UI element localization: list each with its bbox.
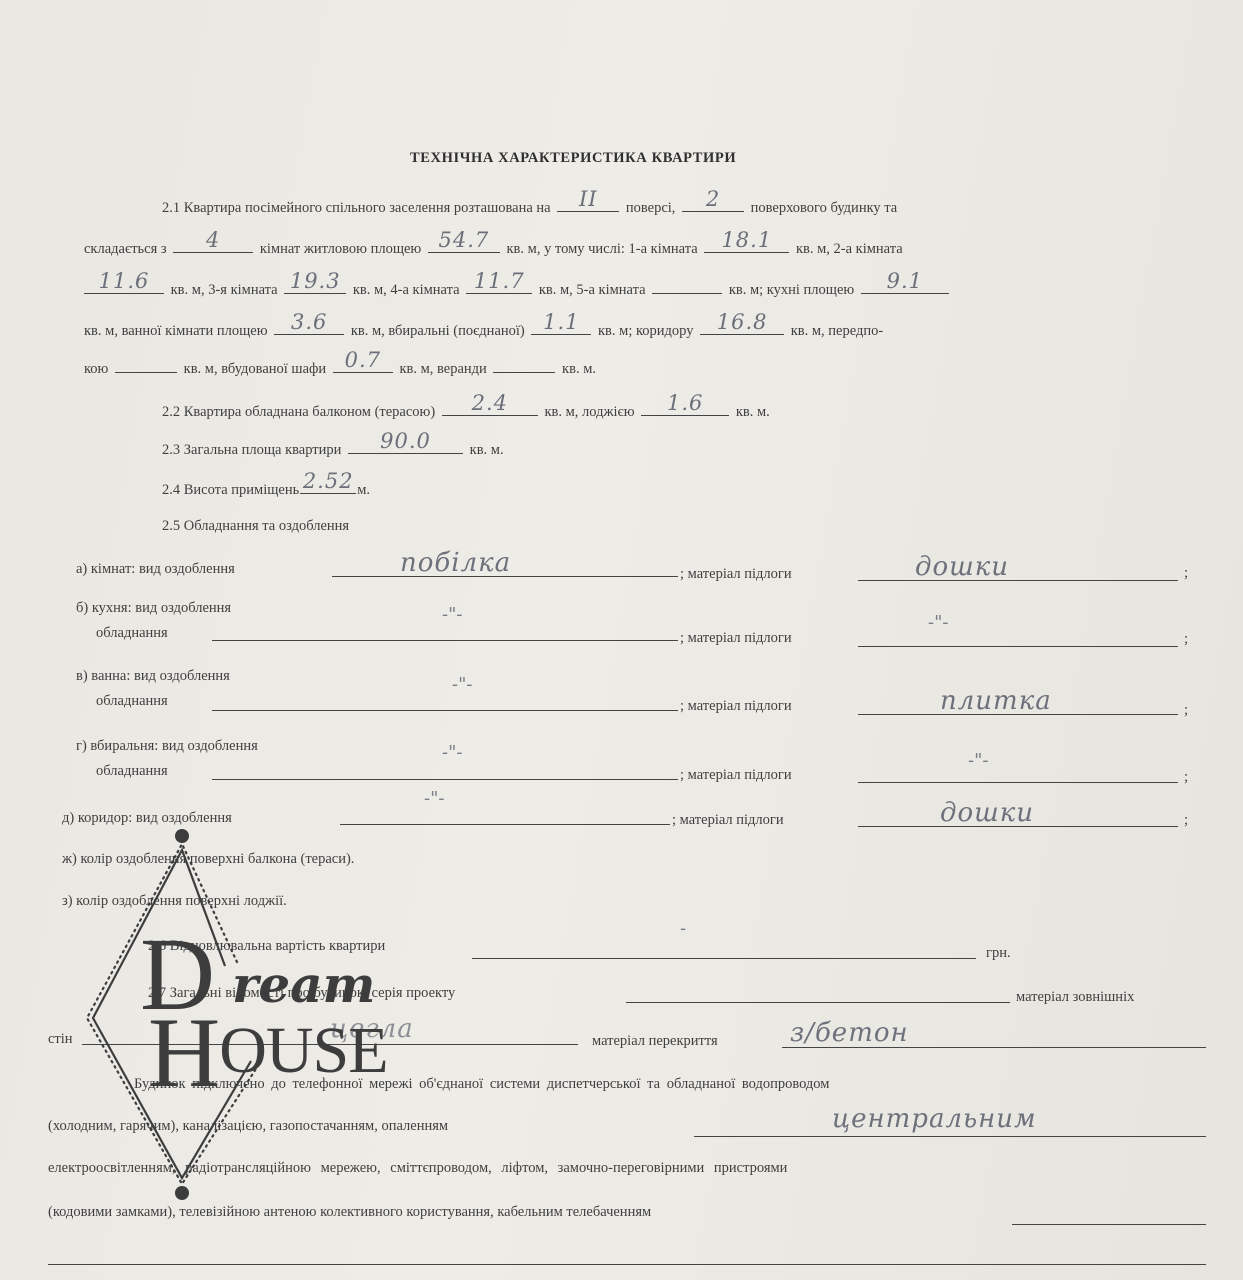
finish-corridor-value: -"- (424, 788, 444, 809)
finish-row-corridor-label: д) коридор: вид оздоблення (62, 809, 232, 827)
finish-bath-value: -"- (452, 674, 472, 695)
currency-unit: грн. (986, 944, 1011, 962)
section-2-1-line-5: кою кв. м, вбудованої шафи 0.7 кв. м, ве… (84, 356, 596, 378)
document-title: ТЕХНІЧНА ХАРАКТЕРИСТИКА КВАРТИРИ (410, 150, 736, 167)
bathroom-field: 3.6 (274, 318, 344, 335)
extra-blank-line (48, 1250, 1206, 1265)
floor-field: II (557, 195, 619, 212)
section-2-2: 2.2 Квартира обладнана балконом (терасою… (162, 399, 770, 421)
wall-material-label: матеріал зовнішніх (1016, 988, 1134, 1006)
toilet-field: 1.1 (531, 318, 591, 335)
floor-corridor-value: дошки (940, 798, 1034, 828)
finish-toilet-field (212, 765, 678, 780)
section-2-1-line-1: 2.1 Квартира посімейного спільного засел… (162, 195, 897, 217)
storeys-field: 2 (682, 195, 744, 212)
finish-row-bath-label-2: обладнання (96, 692, 168, 710)
finish-rooms-value: побілка (400, 548, 511, 578)
room2-field: 11.6 (84, 277, 164, 294)
section-2-1-line-4: кв. м, ванної кімнати площею 3.6 кв. м, … (84, 318, 883, 340)
room4-field: 11.7 (466, 277, 532, 294)
floor-rooms-value: дошки (915, 552, 1009, 582)
floor-material-label: ; матеріал підлоги (680, 565, 792, 583)
finish-row-bath-label: в) ванна: вид оздоблення (76, 667, 230, 685)
finish-row-rooms-label: а) кімнат: вид оздоблення (76, 560, 235, 578)
floor-toilet-value: -"- (968, 750, 988, 771)
section-2-3: 2.3 Загальна площа квартири 90.0 кв. м. (162, 437, 504, 459)
utilities-line-3: електроосвітленням, радіотрансляційною м… (48, 1159, 787, 1177)
section-2-1-line-3: 11.6 кв. м, 3-я кімната 19.3 кв. м, 4-а … (84, 277, 952, 299)
utilities-line-4: (кодовими замками), телевізійною антеною… (48, 1203, 651, 1221)
floor-material-label: ; матеріал підлоги (680, 766, 792, 784)
finish-row-kitchen-label: б) кухня: вид оздоблення (76, 599, 231, 617)
ceiling-height-field: 2.52 (300, 477, 356, 494)
finish-corridor-field (340, 810, 670, 825)
restoration-cost-value: - (680, 918, 686, 939)
finish-row-toilet-label: г) вбиральня: вид оздоблення (76, 737, 258, 755)
section-2-1-line-2: складається з 4 кімнат житловою площею 5… (84, 236, 903, 258)
logo-word-house: HOUSE (148, 1003, 388, 1103)
balcony-color-line: ж) колір оздоблення поверхні балкона (те… (62, 850, 354, 868)
heating-value: центральним (832, 1104, 1037, 1134)
floor-rooms-field (858, 566, 1178, 581)
loggia-field: 1.6 (641, 399, 729, 416)
finish-bath-field (212, 696, 678, 711)
loggia-color-line: з) колір оздоблення поверхні лоджії. (62, 892, 287, 910)
floor-kitchen-value: -"- (928, 612, 948, 633)
project-series-field (626, 988, 1010, 1003)
restoration-cost-field (472, 944, 976, 959)
finish-row-kitchen-label-2: обладнання (96, 624, 168, 642)
floor-kitchen-field (858, 632, 1178, 647)
finish-kitchen-value: -"- (442, 604, 462, 625)
floor-bath-value: плитка (940, 686, 1052, 716)
wall-material-label-2: стін (48, 1030, 73, 1048)
ceiling-material-value: з/бетон (790, 1018, 909, 1048)
kitchen-field: 9.1 (861, 277, 949, 294)
living-area-field: 54.7 (428, 236, 500, 253)
section-2-4: 2.4 Висота приміщень2.52м. (162, 477, 370, 499)
corridor-field: 16.8 (700, 318, 784, 335)
room3-field: 19.3 (284, 277, 346, 294)
rooms-field: 4 (173, 236, 253, 253)
room5-field (652, 277, 722, 294)
floor-material-label: ; матеріал підлоги (680, 629, 792, 647)
section-2-5-heading: 2.5 Обладнання та оздоблення (162, 517, 349, 535)
anteroom-field (115, 356, 177, 373)
document-page: ТЕХНІЧНА ХАРАКТЕРИСТИКА КВАРТИРИ 2.1 Ква… (0, 0, 1243, 1280)
closet-field: 0.7 (333, 356, 393, 373)
room1-field: 18.1 (704, 236, 789, 253)
floor-material-label: ; матеріал підлоги (680, 697, 792, 715)
veranda-field (493, 356, 555, 373)
floor-material-label: ; матеріал підлоги (672, 811, 784, 829)
ceiling-material-label: матеріал перекриття (592, 1032, 718, 1050)
total-area-field: 90.0 (348, 437, 463, 454)
balcony-field: 2.4 (442, 399, 538, 416)
finish-row-toilet-label-2: обладнання (96, 762, 168, 780)
cable-tv-field (1012, 1210, 1206, 1225)
finish-kitchen-field (212, 626, 678, 641)
utilities-line-2: (холодним, гарячим), каналізацією, газоп… (48, 1117, 448, 1135)
finish-toilet-value: -"- (442, 742, 462, 763)
floor-toilet-field (858, 768, 1178, 783)
